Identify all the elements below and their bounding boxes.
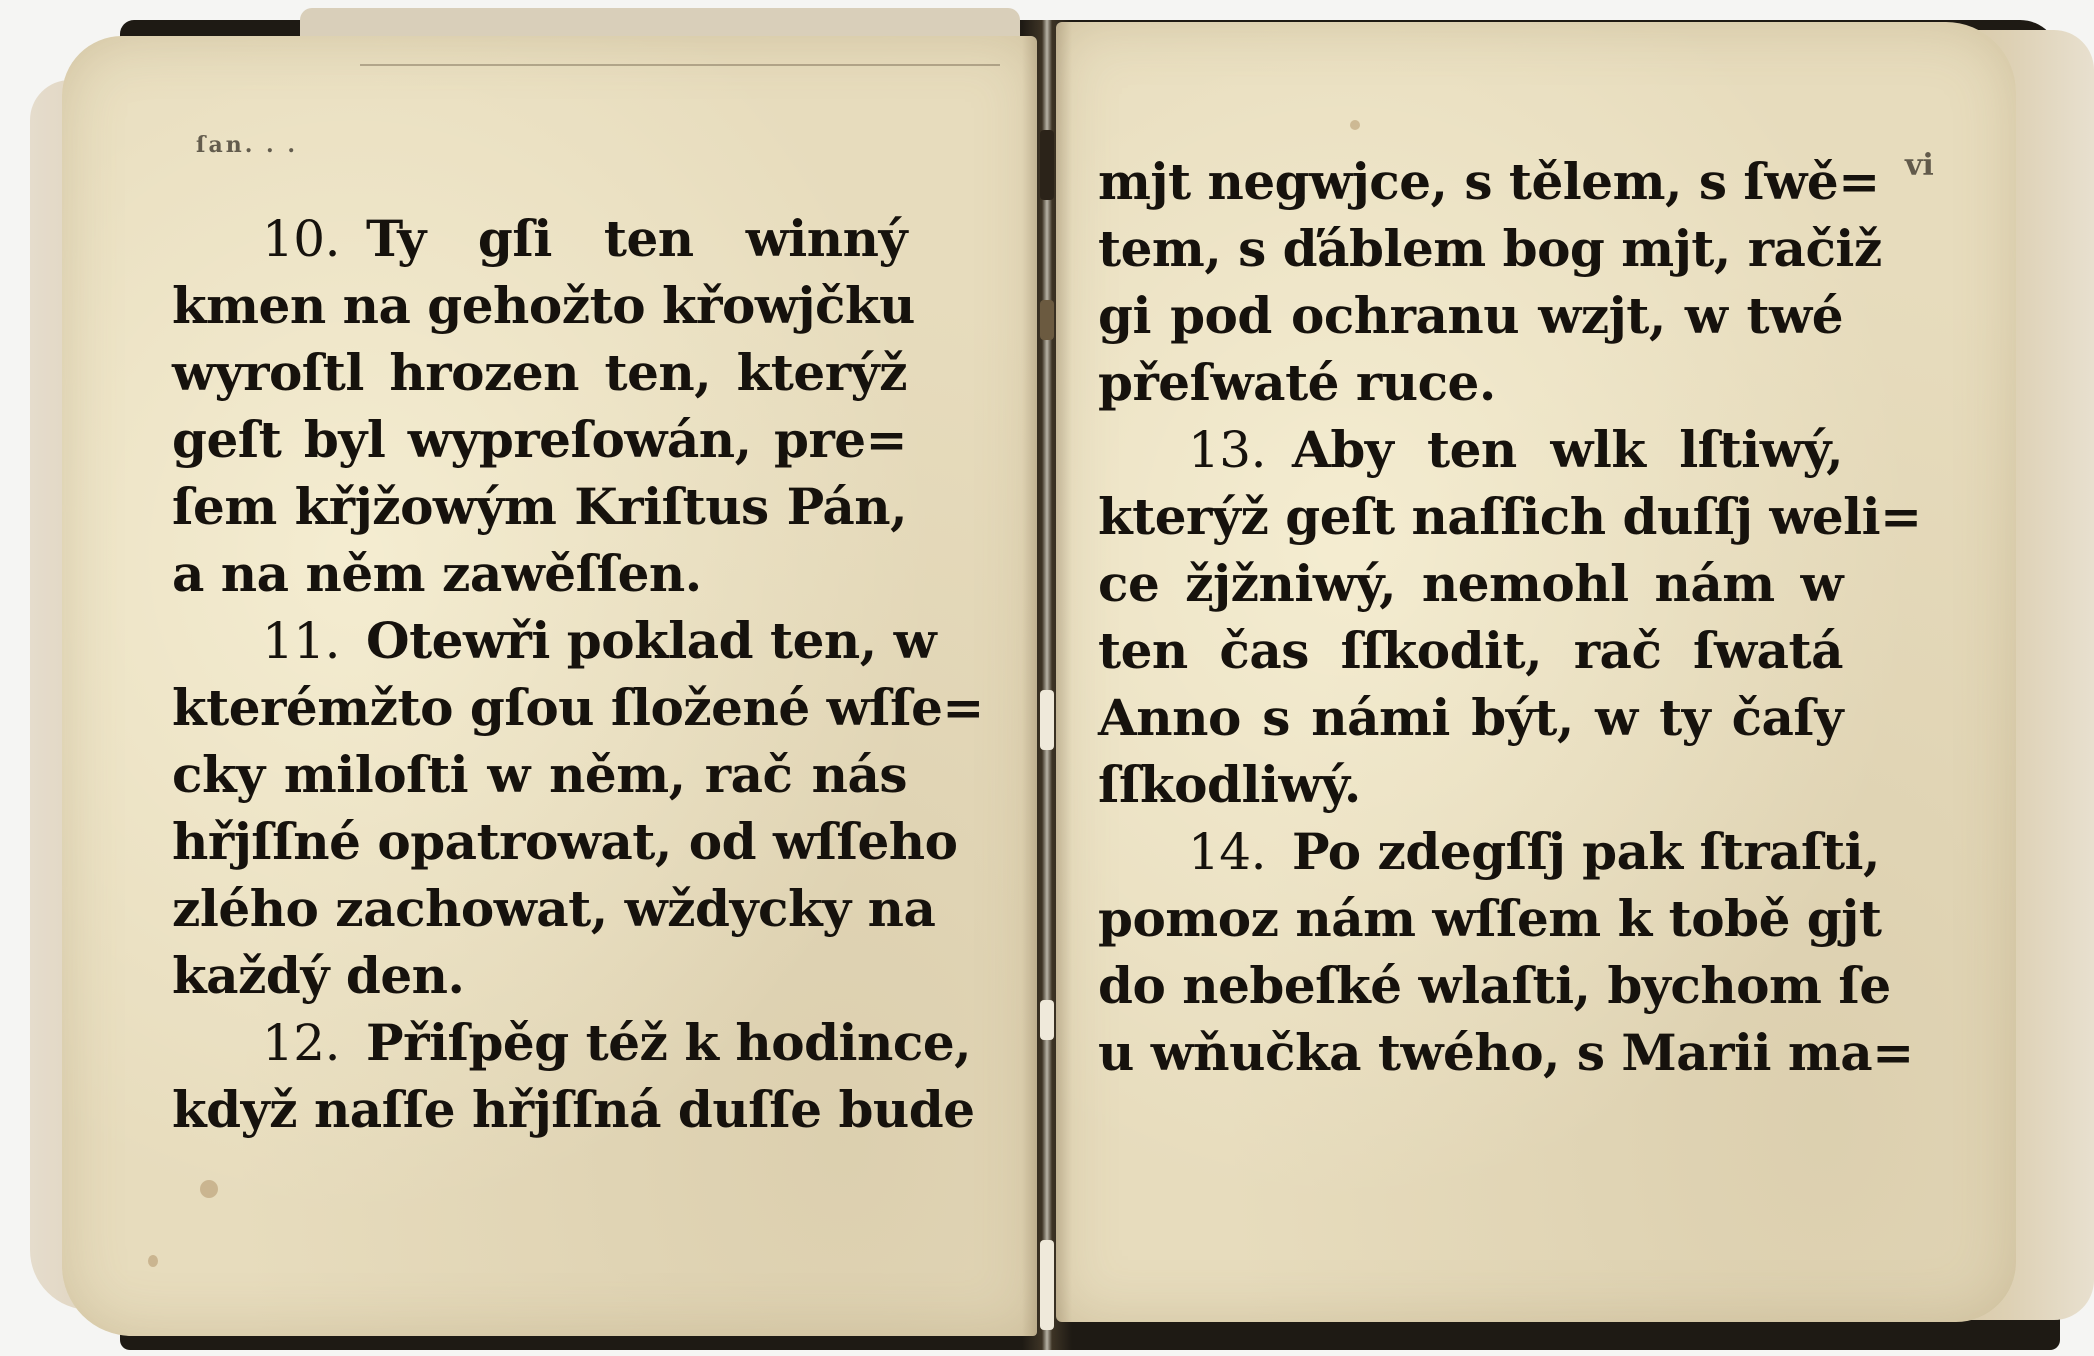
verse-line: wyroſtl hrozen ten, kterýž (172, 339, 907, 406)
verse-line: u wňučka twého, s Marii ma= (1098, 1019, 1843, 1086)
verse-number: 13. (1188, 421, 1266, 479)
verse-line: a na něm zawěſſen. (172, 540, 907, 607)
verse-line: ſſkodliwý. (1098, 751, 1843, 818)
binding-stitch (1040, 300, 1054, 340)
verse-number: 12. (262, 1014, 340, 1072)
verse-line: každý den. (172, 942, 907, 1009)
verse-12-line-1: 12.Přiſpěg též k hodince, (172, 1009, 907, 1076)
torn-text-fragment: vi (1905, 148, 1934, 183)
binding-stitch (1040, 130, 1054, 200)
right-page-text: mjt negwjce, s tělem, s ſwě= tem, s ďábl… (1098, 148, 1843, 1086)
page-fold-line (360, 64, 1000, 66)
continuation-line: přeſwaté ruce. (1098, 349, 1843, 416)
verse-number: 10. (262, 210, 340, 268)
verse-line: cky miloſti w něm, rač nás (172, 741, 907, 808)
verse-line: ten čas ſſkodit, rač ſwatá (1098, 617, 1843, 684)
verse-number: 14. (1188, 823, 1266, 881)
binding-thread (1040, 1240, 1054, 1330)
verse-line: ce žjžniwý, nemohl nám w (1098, 550, 1843, 617)
verse-line: do nebeſké wlaſti, bychom ſe (1098, 952, 1843, 1019)
verse-line: geſt byl wypreſowán, pre= (172, 406, 907, 473)
verse-line: zlého zachowat, wždycky na (172, 875, 907, 942)
verse-line: kmen na gehožto křowjčku (172, 272, 907, 339)
verse-line: kterémžto gſou ſložené wſſe= (172, 674, 907, 741)
verse-line: Anno s námi být, w ty čaſy (1098, 684, 1843, 751)
verse-13-line-1: 13.Aby ten wlk lſtiwý, (1098, 416, 1843, 483)
verse-11-line-1: 11.Otewři poklad ten, w (172, 607, 907, 674)
verse-14-line-1: 14.Po zdegſſj pak ſtraſti, (1098, 818, 1843, 885)
continuation-line: tem, s ďáblem bog mjt, račiž (1098, 215, 1843, 282)
book-spine-gutter (1022, 20, 1072, 1350)
verse-line: ſem křjžowým Kriſtus Pán, (172, 473, 907, 540)
left-page-text: 10.Ty gſi ten winný kmen na gehožto křow… (172, 205, 907, 1143)
verse-line: kterýž geſt naſſich duſſj weli= (1098, 483, 1843, 550)
verse-number: 11. (262, 612, 340, 670)
continuation-line: mjt negwjce, s tělem, s ſwě= (1098, 148, 1843, 215)
foxing-stain (1350, 120, 1360, 130)
continuation-line: gi pod ochranu wzjt, w twé (1098, 282, 1843, 349)
torn-text-fragment: ſan. . . (196, 132, 298, 158)
verse-10-line-1: 10.Ty gſi ten winný (172, 205, 907, 272)
verse-line: pomoz nám wſſem k tobě gjt (1098, 885, 1843, 952)
verse-line: když naſſe hřjſſná duſſe bude (172, 1076, 907, 1143)
binding-thread (1040, 1000, 1054, 1040)
binding-thread (1040, 690, 1054, 750)
foxing-stain (200, 1180, 218, 1198)
book-photo: ſan. . . vi 10.Ty gſi ten winný kmen na … (0, 0, 2094, 1356)
verse-line: hřjſſné opatrowat, od wſſeho (172, 808, 907, 875)
foxing-stain (148, 1255, 158, 1267)
